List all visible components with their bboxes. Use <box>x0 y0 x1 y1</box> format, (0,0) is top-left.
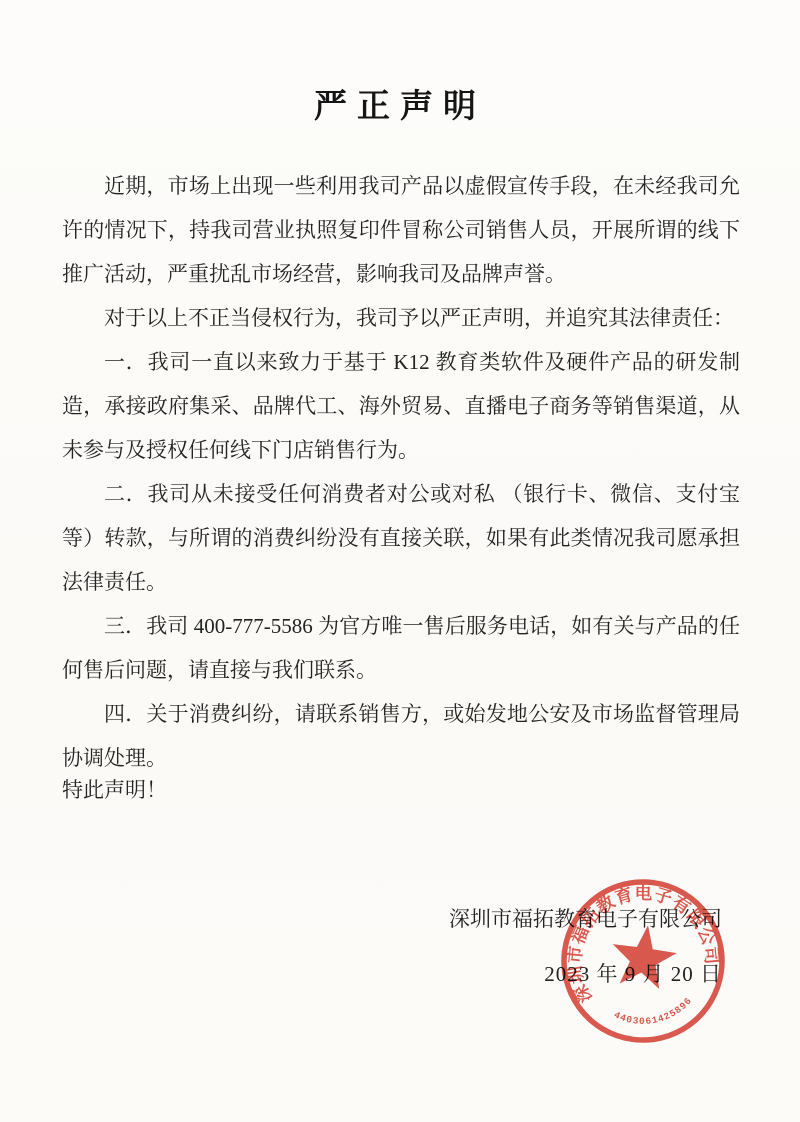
seal-serial-number: 4403061425896 <box>610 990 699 1035</box>
paragraph-declaration-lead: 对于以上不正当侵权行为，我司予以严正声明，并追究其法律责任： <box>62 296 740 340</box>
paragraph-item-1: 一．我司一直以来致力于基于 K12 教育类软件及硬件产品的研发制造，承接政府集采… <box>62 340 740 472</box>
paragraph-intro: 近期，市场上出现一些利用我司产品以虚假宣传手段，在未经我司允许的情况下，持我司营… <box>62 164 740 296</box>
signature-block: 深圳市福拓教育电子有限公司 2023 年 9 月 20 日 <box>0 897 722 996</box>
scanned-statement-page: 严正声明 近期，市场上出现一些利用我司产品以虚假宣传手段，在未经我司允许的情况下… <box>0 0 800 1122</box>
closing-statement: 特此声明！ <box>62 768 167 812</box>
signature-company-name: 深圳市福拓教育电子有限公司 <box>0 897 722 941</box>
paragraph-item-2: 二．我司从未接受任何消费者对公或对私 （银行卡、微信、支付宝等）转款，与所谓的消… <box>62 472 740 604</box>
document-title: 严正声明 <box>0 80 800 127</box>
paragraph-item-3-hotline: 三．我司 400-777-5586 为官方唯一售后服务电话，如有关与产品的任何售… <box>62 604 740 692</box>
statement-body: 近期，市场上出现一些利用我司产品以虚假宣传手段，在未经我司允许的情况下，持我司营… <box>62 164 740 780</box>
paragraph-item-4: 四．关于消费纠纷，请联系销售方，或始发地公安及市场监督管理局协调处理。 <box>62 692 740 780</box>
signature-date: 2023 年 9 月 20 日 <box>0 952 722 996</box>
